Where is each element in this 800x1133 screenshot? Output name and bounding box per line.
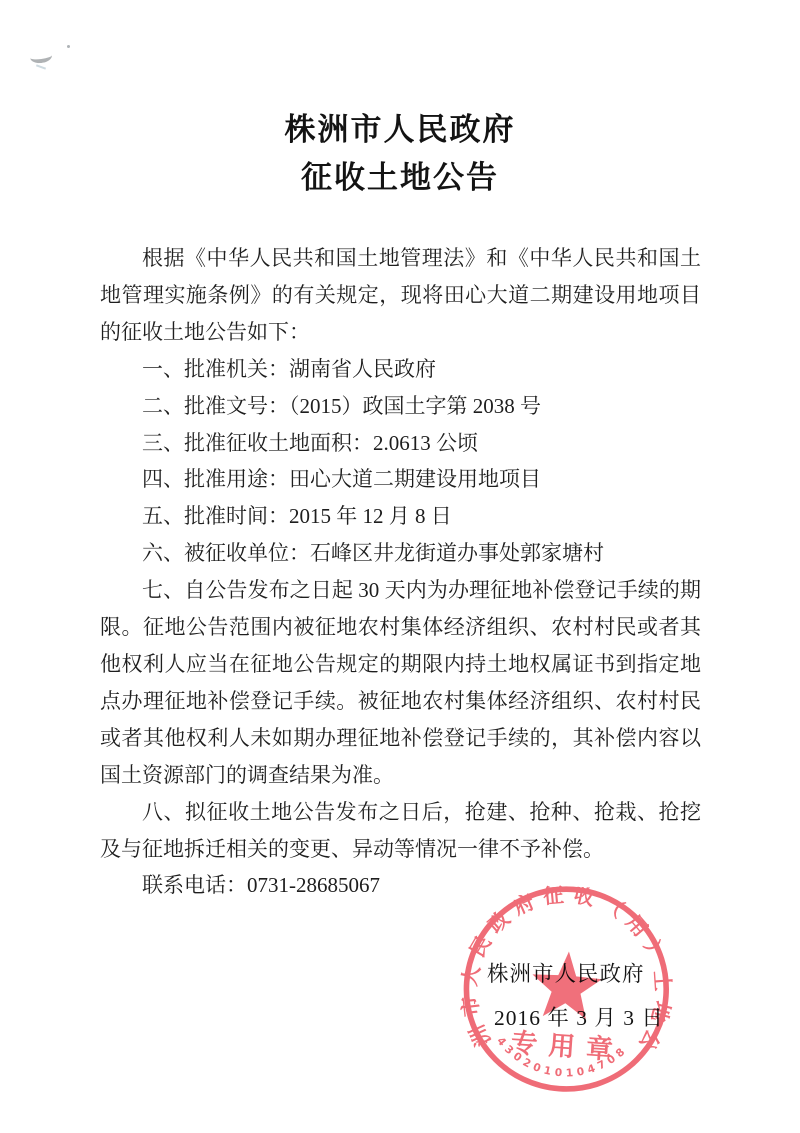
- document-title-line1: 株洲市人民政府: [0, 106, 800, 154]
- paragraph: 根据《中华人民共和国土地管理法》和《中华人民共和国土地管理实施条例》的有关规定，…: [100, 240, 701, 351]
- announcement-body: 根据《中华人民共和国土地管理法》和《中华人民共和国土地管理实施条例》的有关规定，…: [100, 240, 701, 904]
- official-red-seal: 株洲市人民政府征收（用）土地公告 专用章 4302010104708: [443, 878, 685, 1107]
- paragraph: 一、批准机关：湖南省人民政府: [100, 351, 701, 388]
- document-page: 株洲市人民政府 征收土地公告 根据《中华人民共和国土地管理法》和《中华人民共和国…: [0, 0, 800, 1133]
- scan-speck-artifact-2: [36, 64, 46, 69]
- title-block: 株洲市人民政府 征收土地公告: [0, 106, 800, 202]
- paragraph: 二、批准文号：（2015）政国土字第 2038 号: [100, 388, 701, 425]
- paragraph: 八、拟征收土地公告发布之日后，抢建、抢种、抢栽、抢挖及与征地拆迁相关的变更、异动…: [100, 794, 701, 868]
- document-title-line2: 征收土地公告: [0, 154, 800, 202]
- paragraph: 七、自公告发布之日起 30 天内为办理征地补偿登记手续的期限。征地公告范围内被征…: [100, 572, 701, 793]
- paragraph: 六、被征收单位：石峰区井龙街道办事处郭家塘村: [100, 535, 701, 572]
- seal-star-icon: [530, 949, 604, 1020]
- paragraph: 三、批准征收土地面积：2.0613 公顷: [100, 425, 701, 462]
- paragraph: 四、批准用途：田心大道二期建设用地项目: [100, 461, 701, 498]
- paragraph: 五、批准时间：2015 年 12 月 8 日: [100, 498, 701, 535]
- scan-speck-artifact: [67, 45, 70, 48]
- scan-smudge-artifact: [29, 49, 52, 65]
